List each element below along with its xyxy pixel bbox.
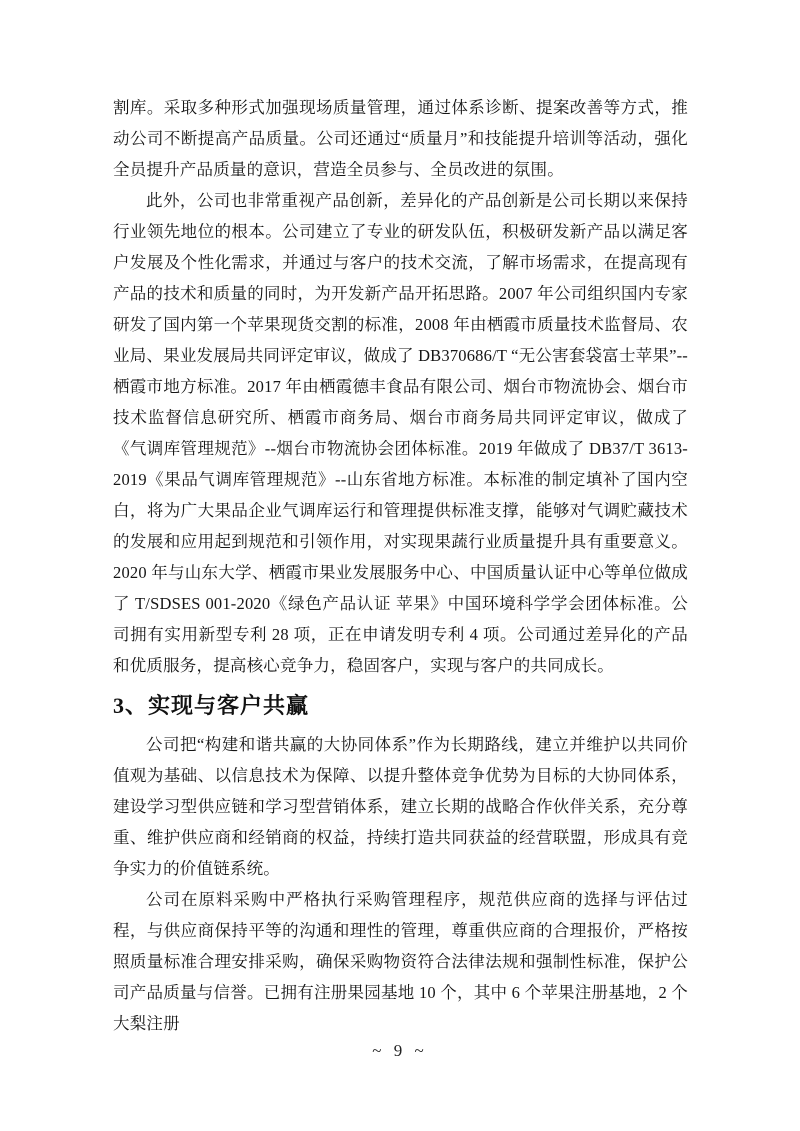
paragraph-procurement-management: 公司在原料采购中严格执行采购管理程序，规范供应商的选择与评估过程，与供应商保持平…	[113, 884, 688, 1039]
page-number: ~ 9 ~	[0, 1040, 800, 1062]
paragraph-product-innovation: 此外，公司也非常重视产品创新，差异化的产品创新是公司长期以来保持行业领先地位的根…	[113, 185, 688, 681]
document-page: 割库。采取多种形式加强现场质量管理，通过体系诊断、提案改善等方式，推动公司不断提…	[0, 0, 800, 1131]
section-heading-customer-winwin: 3、实现与客户共赢	[113, 688, 688, 724]
page-body-text: 割库。采取多种形式加强现场质量管理，通过体系诊断、提案改善等方式，推动公司不断提…	[113, 92, 688, 1039]
paragraph-collaboration-system: 公司把“构建和谐共赢的大协同体系”作为长期路线，建立并维护以共同价值观为基础、以…	[113, 729, 688, 884]
paragraph-quality-management: 割库。采取多种形式加强现场质量管理，通过体系诊断、提案改善等方式，推动公司不断提…	[113, 92, 688, 185]
